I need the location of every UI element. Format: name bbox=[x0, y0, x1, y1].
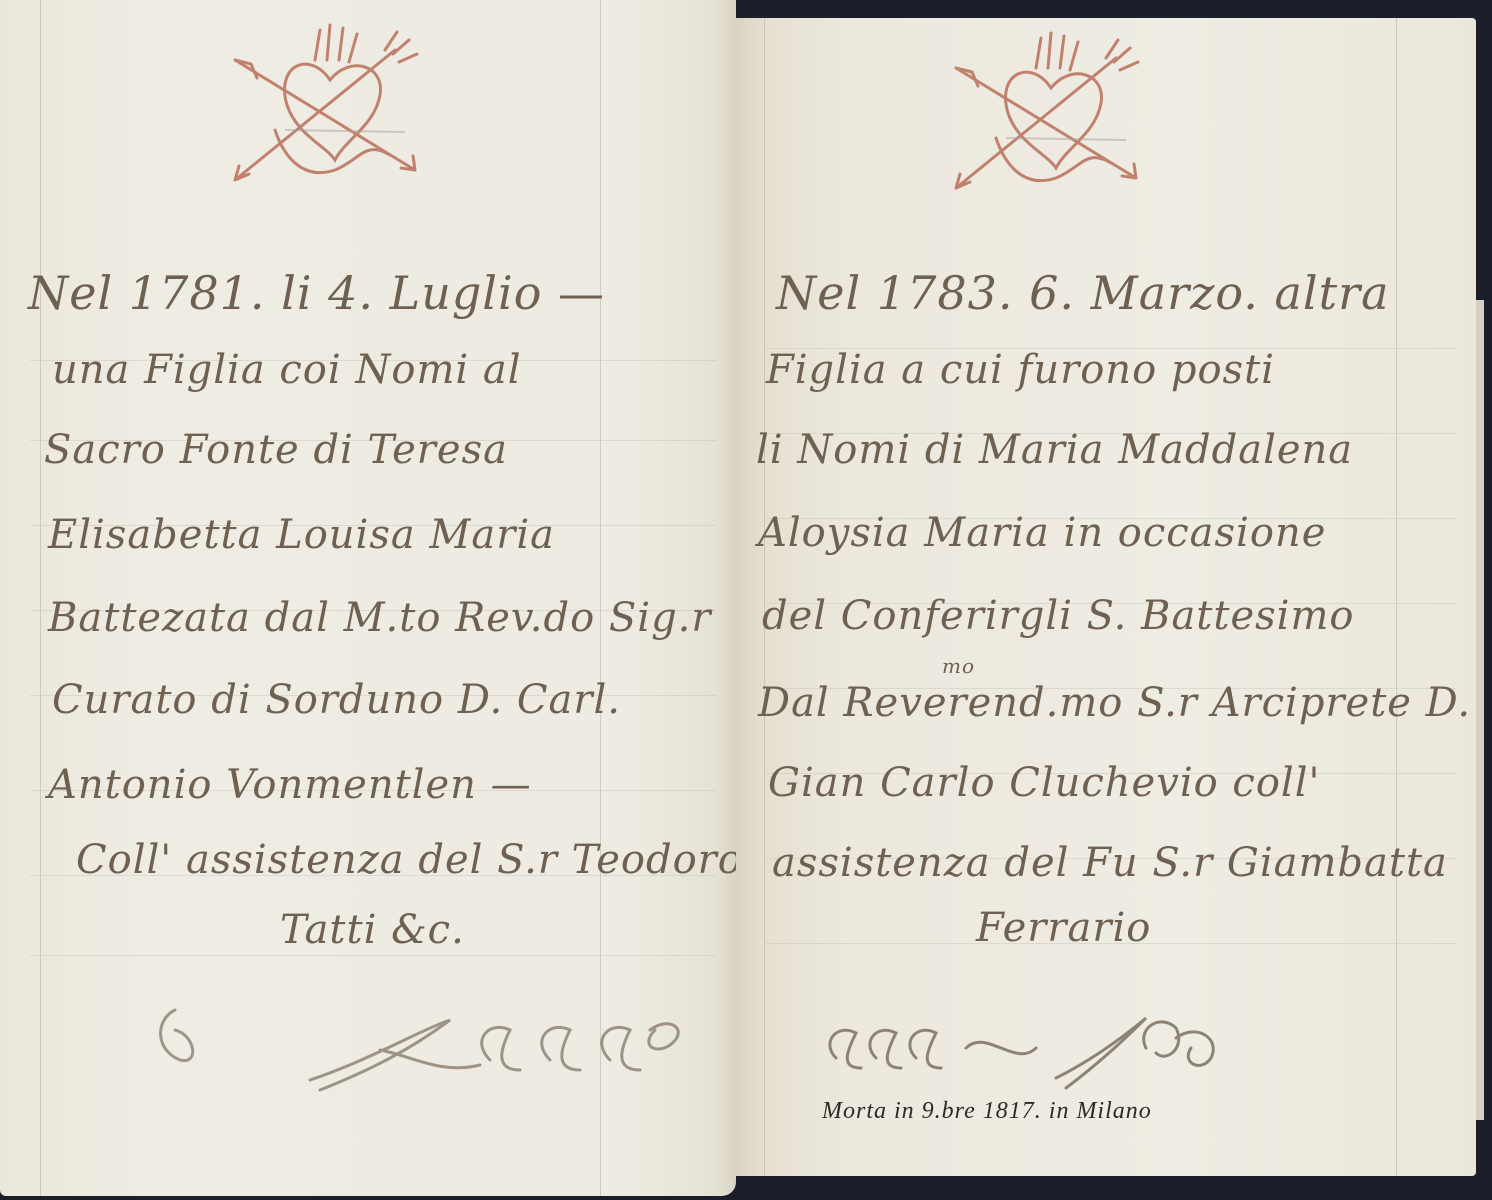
manuscript-line: Antonio Vonmentlen — bbox=[48, 765, 532, 805]
manuscript-line: li Nomi di Maria Maddalena bbox=[756, 430, 1353, 470]
manuscript-line: Figlia a cui furono posti bbox=[766, 350, 1275, 390]
manuscript-line: Gian Carlo Cluchevio coll' bbox=[768, 763, 1320, 803]
manuscript-line: Nel 1781. li 4. Luglio — bbox=[28, 270, 605, 316]
manuscript-line: Curato di Sorduno D. Carl. bbox=[52, 680, 621, 720]
ruled-margin-line bbox=[1396, 18, 1397, 1176]
page-edge bbox=[1476, 300, 1484, 1120]
manuscript-line: Aloysia Maria in occasione bbox=[758, 513, 1326, 553]
manuscript-line: Battezata dal M.to Rev.do Sig.r bbox=[48, 598, 712, 638]
manuscript-line: Ferrario bbox=[976, 908, 1151, 948]
manuscript-line: del Conferirgli S. Battesimo bbox=[762, 596, 1354, 636]
left-page: Nel 1781. li 4. Luglio — una Figlia coi … bbox=[0, 0, 736, 1196]
manuscript-line: Elisabetta Louisa Maria bbox=[48, 515, 555, 555]
flaming-heart-emblem-icon bbox=[215, 20, 445, 200]
calligraphic-flourish-icon bbox=[150, 990, 700, 1110]
later-annotation: Morta in 9.bre 1817. in Milano bbox=[822, 1098, 1152, 1125]
ruled-line bbox=[30, 955, 716, 956]
manuscript-line: Coll' assistenza del S.r Teodoro bbox=[76, 840, 736, 880]
calligraphic-flourish-icon bbox=[816, 1008, 1236, 1098]
manuscript-line: Sacro Fonte di Teresa bbox=[44, 430, 508, 470]
manuscript-line: una Figlia coi Nomi al bbox=[52, 350, 522, 390]
right-page: Nel 1783. 6. Marzo. altra Figlia a cui f… bbox=[736, 18, 1476, 1176]
ruled-margin-line bbox=[40, 0, 41, 1196]
manuscript-line: Tatti &c. bbox=[280, 910, 465, 950]
manuscript-line: Nel 1783. 6. Marzo. altra bbox=[776, 270, 1390, 316]
manuscript-line: Dal Reverend.mo S.r Arciprete D. bbox=[758, 683, 1471, 723]
superscript-note: mo bbox=[942, 654, 975, 678]
manuscript-spread: Nel 1781. li 4. Luglio — una Figlia coi … bbox=[0, 0, 1492, 1200]
manuscript-line: assistenza del Fu S.r Giambatta bbox=[772, 843, 1448, 883]
flaming-heart-emblem-icon bbox=[936, 28, 1166, 208]
